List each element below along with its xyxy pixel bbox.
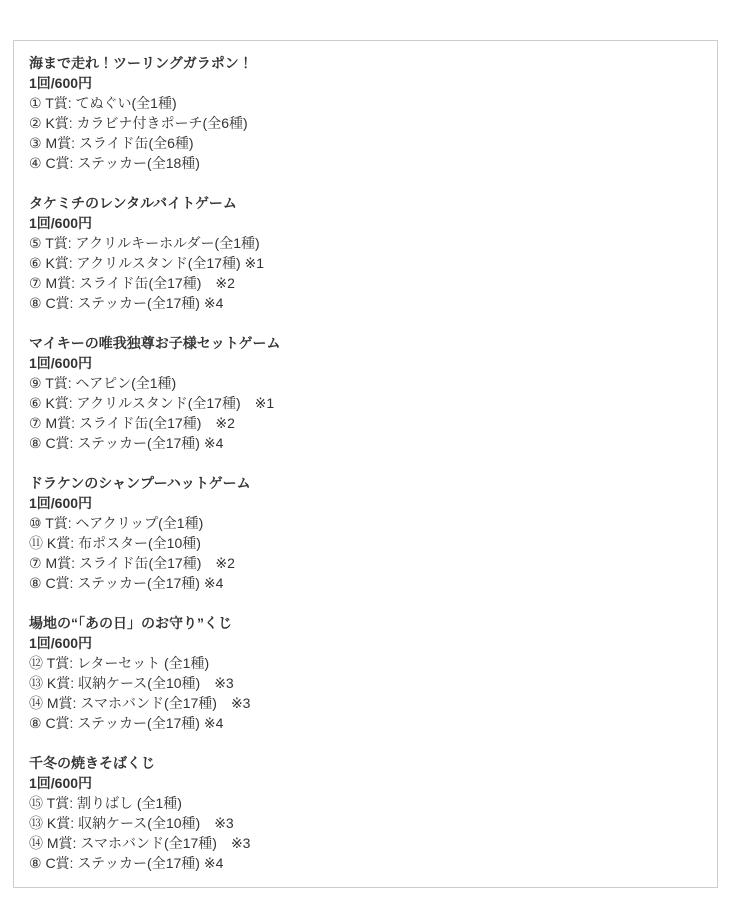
game-title: 千冬の焼きそばくじ	[29, 753, 702, 773]
prize-line: ⑧ C賞: ステッカー(全17種) ※4	[29, 293, 702, 313]
prize-line: ⑬ K賞: 収納ケース(全10種) ※3	[29, 813, 702, 833]
prize-line: ⑦ M賞: スライド缶(全17種) ※2	[29, 413, 702, 433]
prize-line: ⑩ T賞: ヘアクリップ(全1種)	[29, 513, 702, 533]
game-price: 1回/600円	[29, 213, 702, 233]
prize-line: ⑧ C賞: ステッカー(全17種) ※4	[29, 433, 702, 453]
game-section: 場地の“「あの日」のお守り”くじ 1回/600円 ⑫ T賞: レターセット (全…	[29, 613, 702, 733]
game-price: 1回/600円	[29, 493, 702, 513]
prize-line: ⑬ K賞: 収納ケース(全10種) ※3	[29, 673, 702, 693]
prize-line: ③ M賞: スライド缶(全6種)	[29, 133, 702, 153]
game-title: マイキーの唯我独尊お子様セットゲーム	[29, 333, 702, 353]
prize-line: ④ C賞: ステッカー(全18種)	[29, 153, 702, 173]
prize-line: ⑭ M賞: スマホバンド(全17種) ※3	[29, 833, 702, 853]
game-title: 場地の“「あの日」のお守り”くじ	[29, 613, 702, 633]
game-section: マイキーの唯我独尊お子様セットゲーム 1回/600円 ⑨ T賞: ヘアピン(全1…	[29, 333, 702, 453]
game-title: ドラケンのシャンプーハットゲーム	[29, 473, 702, 493]
prize-list-box: 海まで走れ！ツーリングガラポン！ 1回/600円 ① T賞: てぬぐい(全1種)…	[13, 40, 718, 888]
game-section: ドラケンのシャンプーハットゲーム 1回/600円 ⑩ T賞: ヘアクリップ(全1…	[29, 473, 702, 593]
game-title: 海まで走れ！ツーリングガラポン！	[29, 53, 702, 73]
prize-line: ⑮ T賞: 割りばし (全1種)	[29, 793, 702, 813]
game-price: 1回/600円	[29, 773, 702, 793]
prize-line: ⑪ K賞: 布ポスター(全10種)	[29, 533, 702, 553]
prize-line: ⑥ K賞: アクリルスタンド(全17種) ※1	[29, 393, 702, 413]
prize-line: ⑥ K賞: アクリルスタンド(全17種) ※1	[29, 253, 702, 273]
game-section: 千冬の焼きそばくじ 1回/600円 ⑮ T賞: 割りばし (全1種) ⑬ K賞:…	[29, 753, 702, 873]
game-price: 1回/600円	[29, 73, 702, 93]
game-section: タケミチのレンタルバイトゲーム 1回/600円 ⑤ T賞: アクリルキーホルダー…	[29, 193, 702, 313]
prize-line: ② K賞: カラビナ付きポーチ(全6種)	[29, 113, 702, 133]
prize-line: ⑧ C賞: ステッカー(全17種) ※4	[29, 853, 702, 873]
page: 海まで走れ！ツーリングガラポン！ 1回/600円 ① T賞: てぬぐい(全1種)…	[0, 0, 740, 924]
prize-line: ⑭ M賞: スマホバンド(全17種) ※3	[29, 693, 702, 713]
prize-line: ⑦ M賞: スライド缶(全17種) ※2	[29, 273, 702, 293]
prize-line: ⑧ C賞: ステッカー(全17種) ※4	[29, 573, 702, 593]
prize-line: ⑦ M賞: スライド缶(全17種) ※2	[29, 553, 702, 573]
game-price: 1回/600円	[29, 633, 702, 653]
prize-line: ① T賞: てぬぐい(全1種)	[29, 93, 702, 113]
prize-line: ⑧ C賞: ステッカー(全17種) ※4	[29, 713, 702, 733]
prize-line: ⑤ T賞: アクリルキーホルダー(全1種)	[29, 233, 702, 253]
prize-line: ⑨ T賞: ヘアピン(全1種)	[29, 373, 702, 393]
game-section: 海まで走れ！ツーリングガラポン！ 1回/600円 ① T賞: てぬぐい(全1種)…	[29, 53, 702, 173]
prize-line: ⑫ T賞: レターセット (全1種)	[29, 653, 702, 673]
game-price: 1回/600円	[29, 353, 702, 373]
game-title: タケミチのレンタルバイトゲーム	[29, 193, 702, 213]
